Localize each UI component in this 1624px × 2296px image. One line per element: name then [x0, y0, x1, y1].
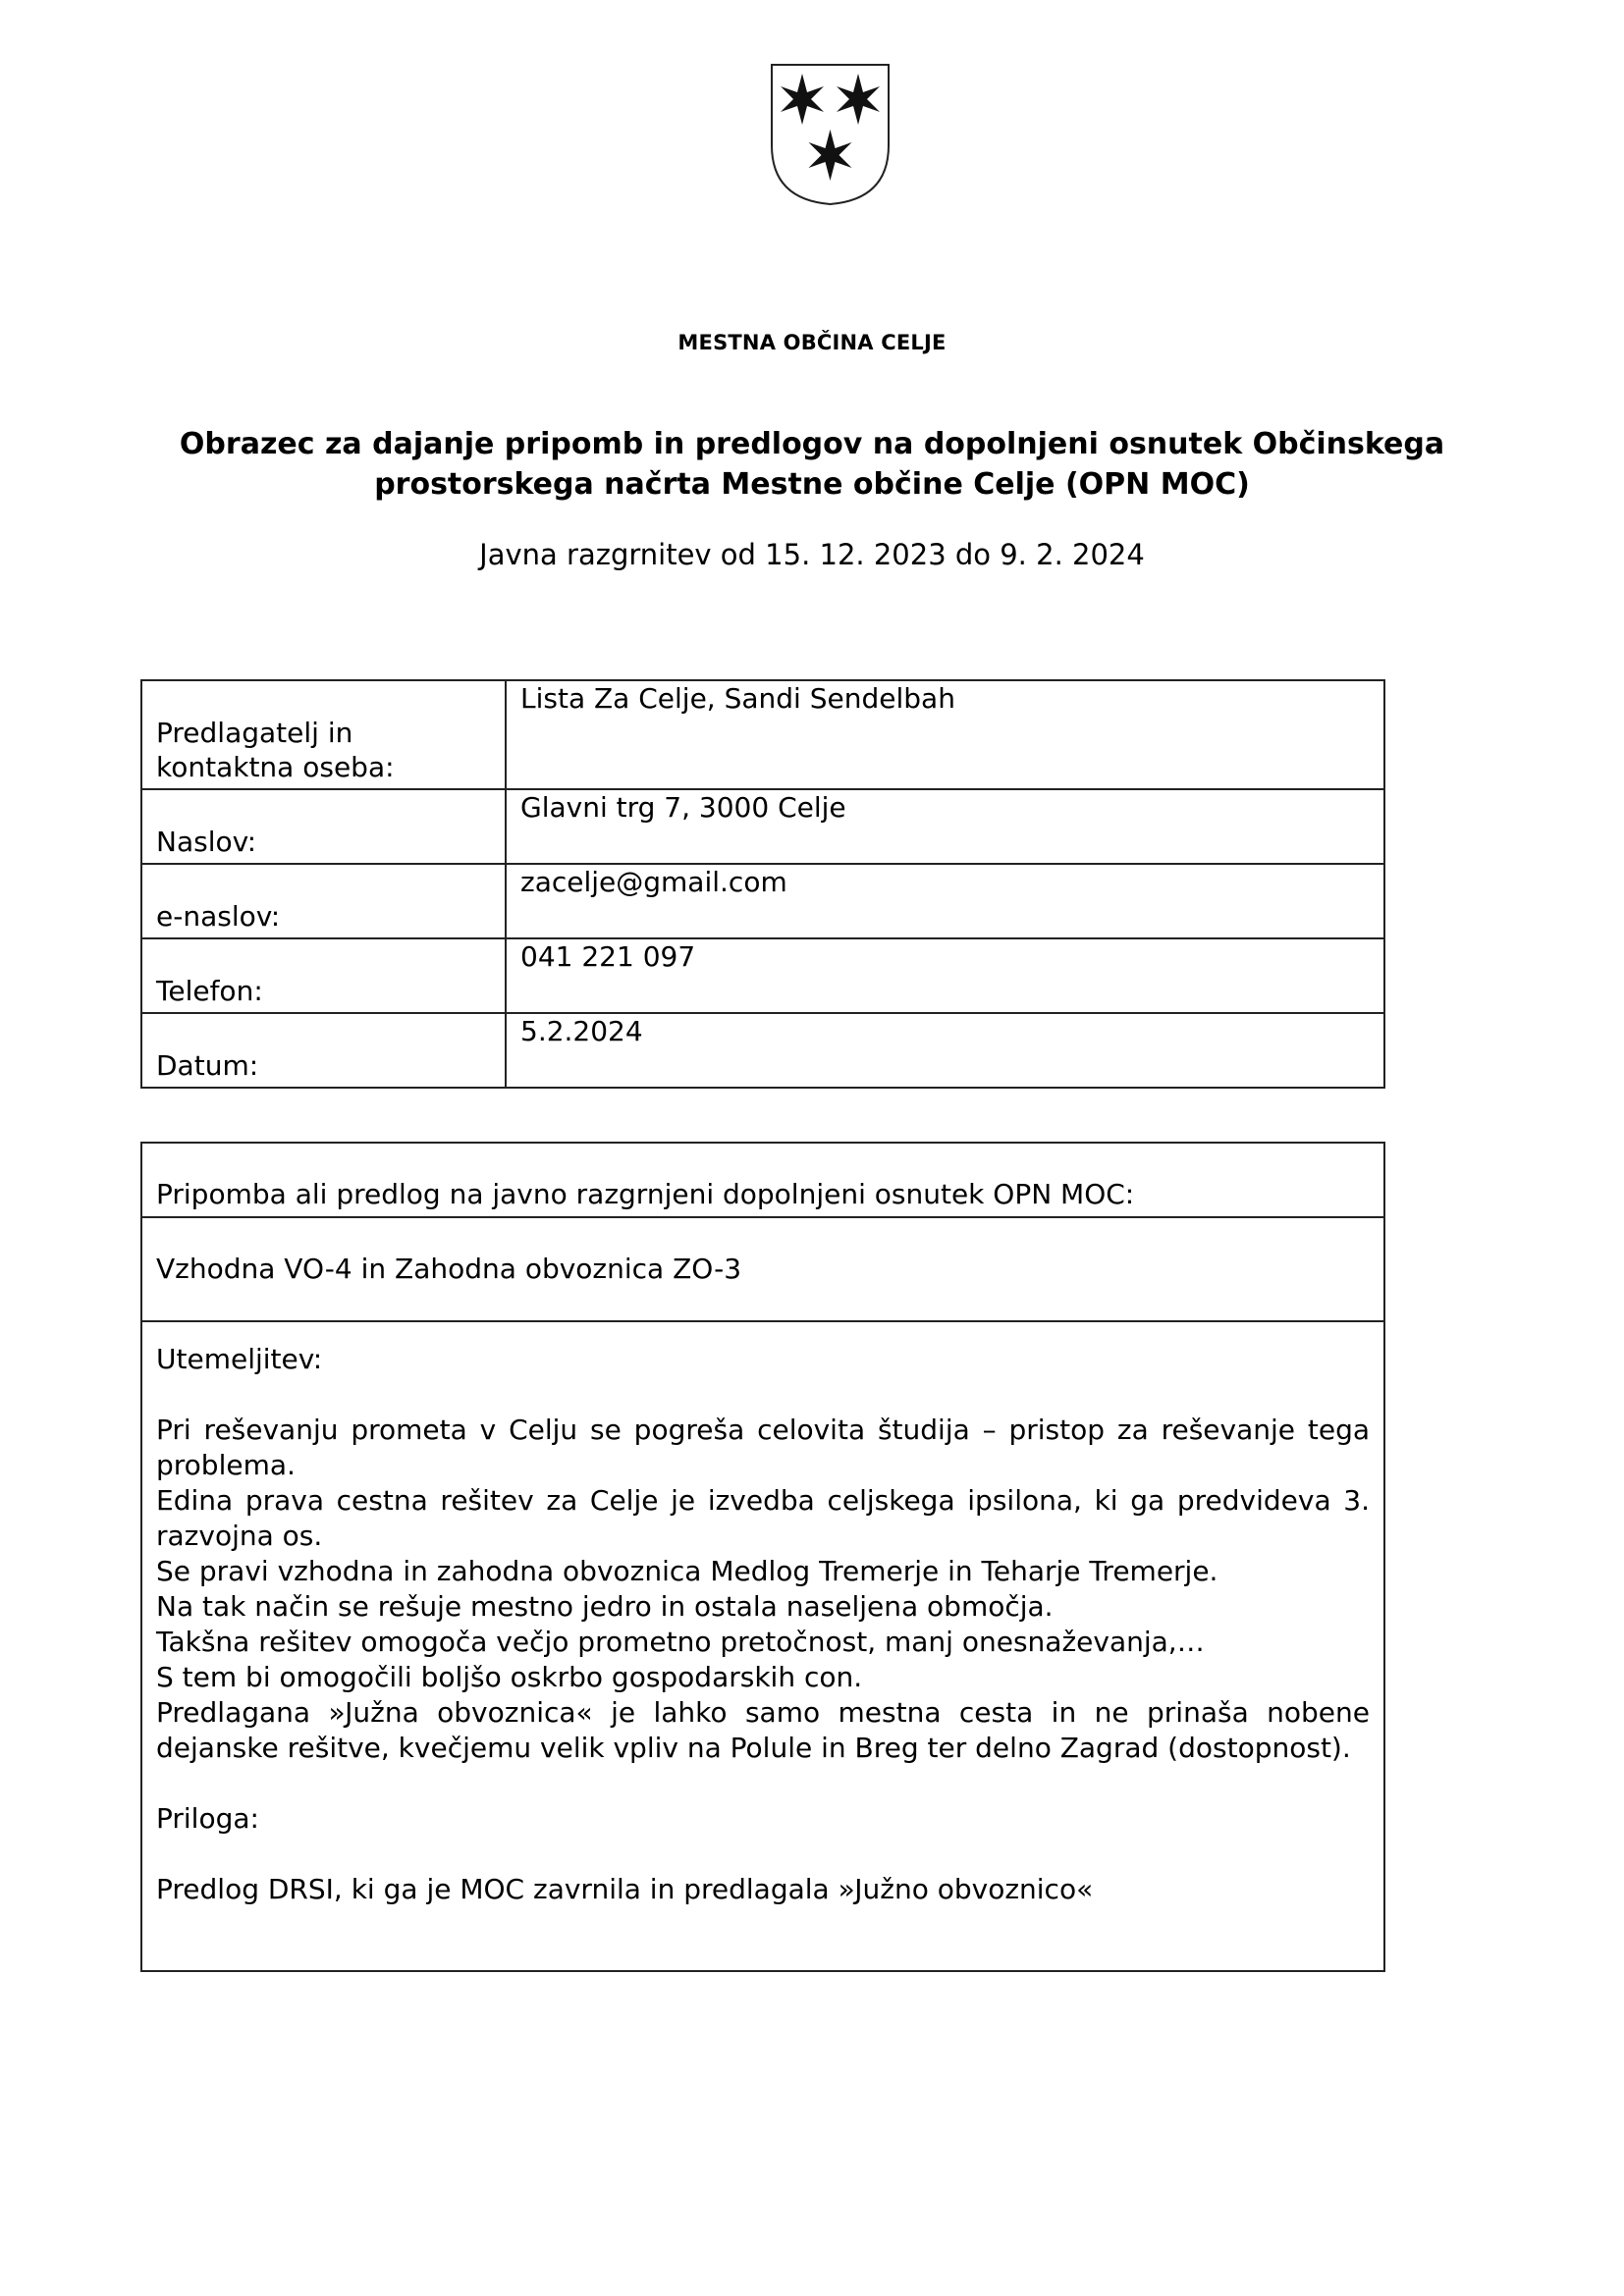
table-row: Pripomba ali predlog na javno razgrnjeni…	[141, 1143, 1384, 1217]
table-row: Predlagatelj in kontaktna oseba: Lista Z…	[141, 680, 1384, 789]
justification-paragraph: Se pravi vzhodna in zahodna obvoznica Me…	[156, 1554, 1370, 1589]
proposer-value: Lista Za Celje, Sandi Sendelbah	[506, 680, 1384, 789]
justification-section: Utemeljitev: Pri reševanju prometa v Cel…	[141, 1321, 1384, 1971]
contact-table: Predlagatelj in kontaktna oseba: Lista Z…	[140, 679, 1385, 1089]
comment-table: Pripomba ali predlog na javno razgrnjeni…	[140, 1142, 1385, 1972]
municipality-name: MESTNA OBČINA CELJE	[0, 331, 1624, 354]
table-row: Naslov: Glavni trg 7, 3000 Celje	[141, 789, 1384, 864]
table-row: Utemeljitev: Pri reševanju prometa v Cel…	[141, 1321, 1384, 1971]
address-label: Naslov:	[141, 789, 506, 864]
date-label: Datum:	[141, 1013, 506, 1088]
proposer-label-line-1: Predlagatelj in	[156, 716, 505, 750]
form-title: Obrazec za dajanje pripomb in predlogov …	[147, 424, 1477, 505]
justification-paragraph: Pri reševanju prometa v Celju se pogreša…	[156, 1413, 1370, 1483]
phone-label: Telefon:	[141, 938, 506, 1013]
table-row: Datum: 5.2.2024	[141, 1013, 1384, 1088]
justification-paragraph: Takšna rešitev omogoča večjo prometno pr…	[156, 1625, 1370, 1660]
attachment-text: Predlog DRSI, ki ga je MOC zavrnila in p…	[156, 1872, 1370, 1907]
table-row: Telefon: 041 221 097	[141, 938, 1384, 1013]
justification-paragraph: Edina prava cestna rešitev za Celje je i…	[156, 1483, 1370, 1554]
table-row: e-naslov: zacelje@gmail.com	[141, 864, 1384, 938]
proposer-label: Predlagatelj in kontaktna oseba:	[141, 680, 506, 789]
table-row: Vzhodna VO-4 in Zahodna obvoznica ZO-3	[141, 1217, 1384, 1321]
justification-paragraph: Predlagana »Južna obvoznica« je lahko sa…	[156, 1695, 1370, 1766]
justification-label: Utemeljitev:	[156, 1342, 1370, 1377]
justification-paragraph: Na tak način se rešuje mestno jedro in o…	[156, 1589, 1370, 1625]
email-label: e-naslov:	[141, 864, 506, 938]
attachment-label: Priloga:	[156, 1801, 1370, 1837]
form-title-line-1: Obrazec za dajanje pripomb in predlogov …	[147, 424, 1477, 464]
email-value: zacelje@gmail.com	[506, 864, 1384, 938]
comment-header: Pripomba ali predlog na javno razgrnjeni…	[141, 1143, 1384, 1217]
comment-topic: Vzhodna VO-4 in Zahodna obvoznica ZO-3	[141, 1217, 1384, 1321]
form-title-line-2: prostorskega načrta Mestne občine Celje …	[147, 464, 1477, 505]
phone-value: 041 221 097	[506, 938, 1384, 1013]
exhibition-period: Javna razgrnitev od 15. 12. 2023 do 9. 2…	[0, 538, 1624, 571]
address-value: Glavni trg 7, 3000 Celje	[506, 789, 1384, 864]
justification-paragraph: S tem bi omogočili boljšo oskrbo gospoda…	[156, 1660, 1370, 1695]
date-value: 5.2.2024	[506, 1013, 1384, 1088]
proposer-label-line-2: kontaktna oseba:	[156, 750, 505, 784]
coat-of-arms-icon	[769, 62, 892, 207]
